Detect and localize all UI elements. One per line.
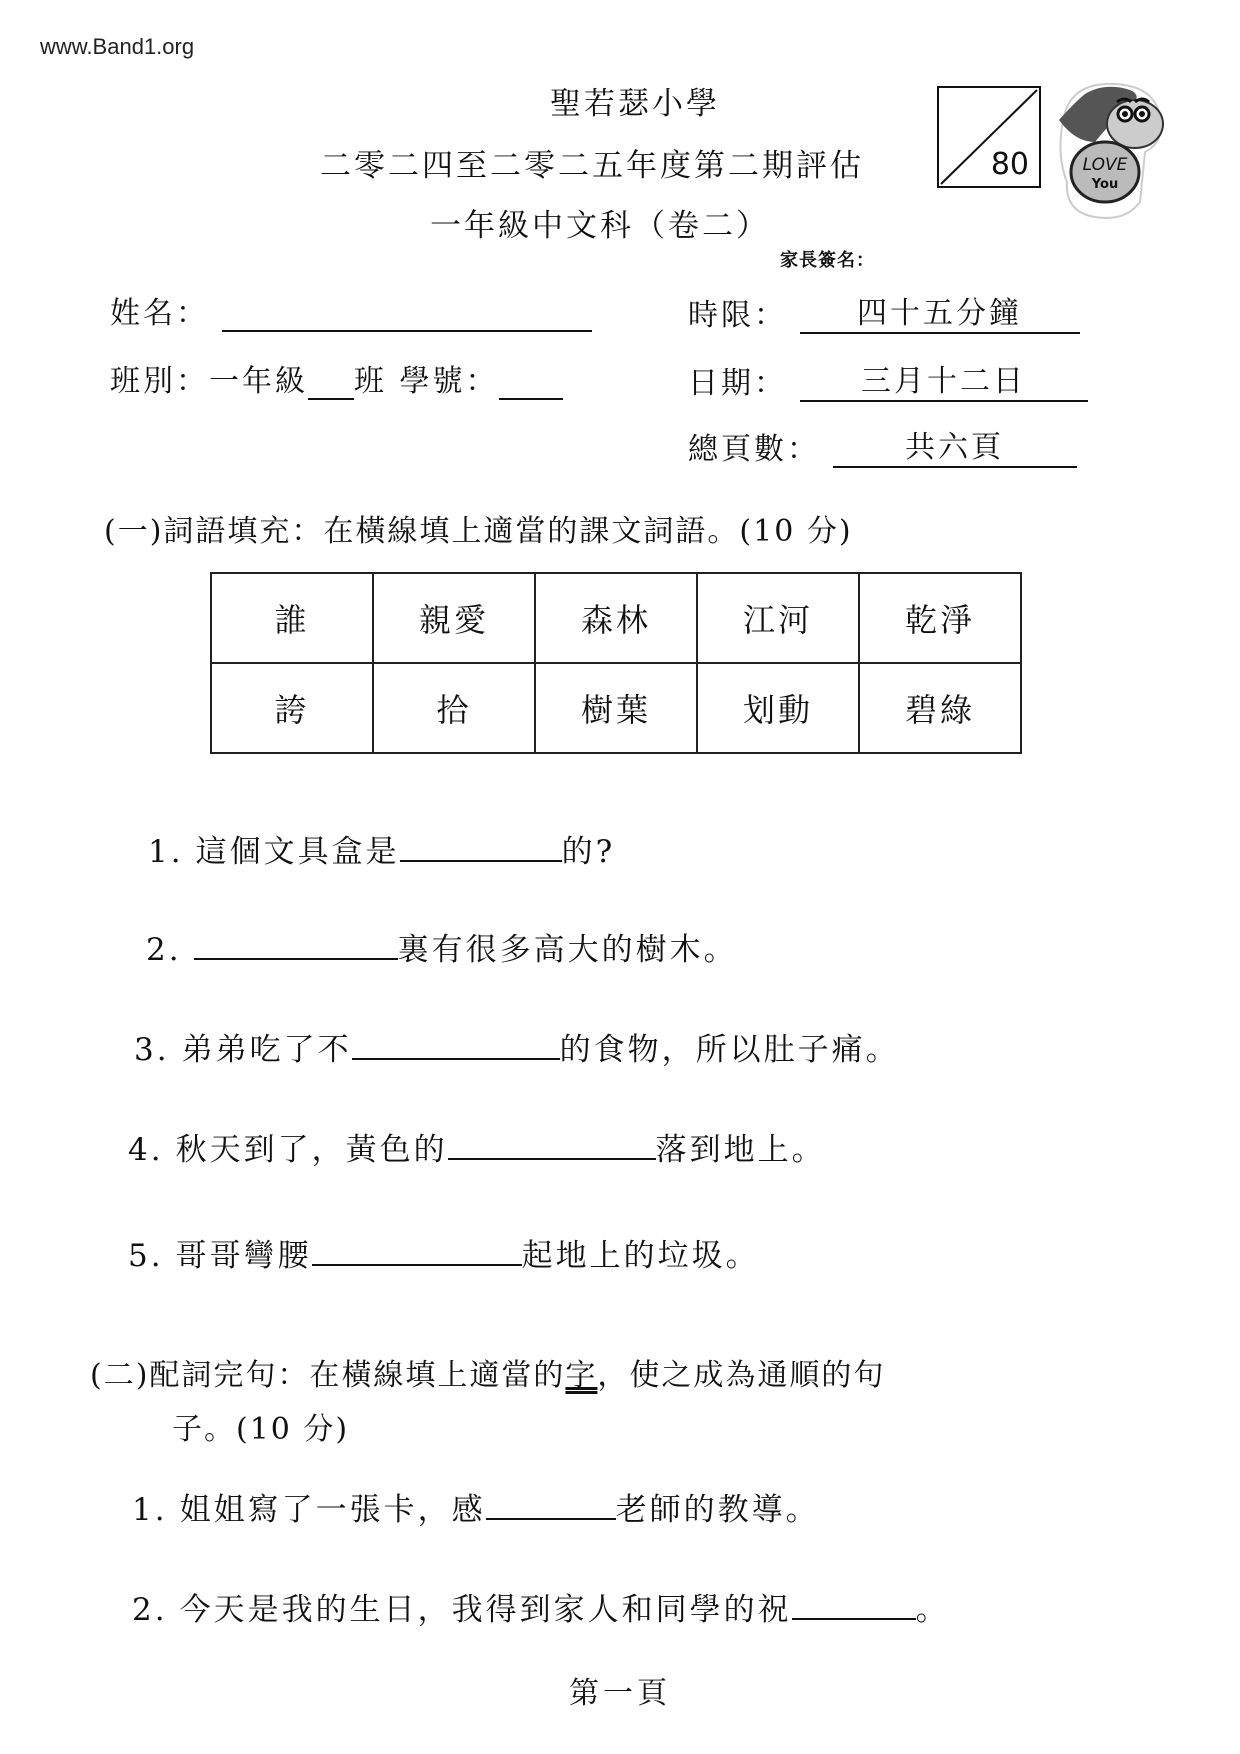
word-bank-row: 誰 親愛 森林 江河 乾淨	[211, 573, 1021, 663]
name-input[interactable]	[222, 294, 592, 332]
section2-heading-part2: ，使之成為通順的句	[597, 1358, 885, 1393]
answer-blank[interactable]	[448, 1128, 656, 1160]
question-1-5: 5.哥哥彎腰起地上的垃圾。	[128, 1230, 760, 1275]
total-pages-label: 總頁數：	[688, 432, 820, 467]
class-field: 班別：一年級班 學號：	[110, 356, 563, 400]
time-limit-label: 時限：	[688, 298, 787, 333]
word-bank-cell: 碧綠	[859, 663, 1021, 753]
class-label: 班別：一年級	[110, 364, 308, 399]
total-pages-field: 總頁數： 共六頁	[688, 422, 1077, 468]
answer-blank[interactable]	[400, 830, 562, 862]
question-text-before: 弟弟吃了不	[182, 1032, 352, 1068]
word-bank-cell: 誇	[211, 663, 373, 753]
class-input[interactable]	[308, 362, 354, 400]
section2-heading-emphasis: 字	[565, 1358, 597, 1393]
question-1-1: 1.這個文具盒是的?	[148, 826, 615, 871]
question-1-2: 2.裏有很多高大的樹木。	[146, 924, 738, 969]
word-bank-cell: 森林	[535, 573, 697, 663]
total-pages-value: 共六頁	[833, 422, 1077, 468]
cartoon-sticker-icon: LOVE You	[1045, 72, 1170, 222]
name-field: 姓名：	[110, 288, 592, 332]
paper-subject: 一年級中文科（卷二）	[430, 200, 830, 245]
question-text-before: 姐姐寫了一張卡，感	[180, 1492, 486, 1528]
question-2-2: 2.今天是我的生日，我得到家人和同學的祝。	[132, 1584, 950, 1629]
question-2-1: 1.姐姐寫了一張卡，感老師的教導。	[132, 1484, 820, 1529]
word-bank-cell: 划動	[697, 663, 859, 753]
question-1-4: 4.秋天到了，黃色的落到地上。	[128, 1124, 826, 1169]
question-text-before: 哥哥彎腰	[176, 1238, 312, 1274]
question-number: 5.	[128, 1238, 164, 1274]
question-text-before: 這個文具盒是	[196, 834, 400, 870]
answer-blank[interactable]	[792, 1588, 916, 1620]
question-text-after: 裏有很多高大的樹木。	[398, 932, 738, 968]
answer-blank[interactable]	[194, 928, 398, 960]
answer-blank[interactable]	[312, 1234, 522, 1266]
assessment-term: 二零二四至二零二五年度第二期評估	[320, 140, 920, 185]
section2-heading-line2: 子。(10 分)	[172, 1404, 349, 1448]
love-you-sticker: LOVE You	[1045, 72, 1170, 222]
parent-signature-label: 家長簽名：	[780, 246, 875, 272]
date-field: 日期： 三月十二日	[688, 356, 1088, 402]
word-bank-cell: 樹葉	[535, 663, 697, 753]
question-number: 2.	[146, 932, 182, 968]
word-bank-cell: 親愛	[373, 573, 535, 663]
question-number: 4.	[128, 1132, 164, 1168]
svg-text:You: You	[1091, 177, 1118, 192]
question-number: 2.	[132, 1592, 168, 1628]
score-value: 80	[991, 147, 1029, 182]
svg-text:LOVE: LOVE	[1083, 155, 1128, 175]
question-number: 1.	[148, 834, 184, 870]
student-number-label: 學號：	[400, 364, 499, 399]
question-text-after: 的?	[562, 834, 616, 870]
word-bank-cell: 誰	[211, 573, 373, 663]
name-label: 姓名：	[110, 296, 209, 331]
date-value: 三月十二日	[800, 356, 1088, 402]
question-text-before: 秋天到了，黃色的	[176, 1132, 448, 1168]
word-bank-cell: 拾	[373, 663, 535, 753]
word-bank-cell: 江河	[697, 573, 859, 663]
word-bank-table: 誰 親愛 森林 江河 乾淨 誇 拾 樹葉 划動 碧綠	[210, 572, 1022, 754]
answer-blank[interactable]	[486, 1488, 616, 1520]
score-box: 80	[937, 86, 1041, 188]
question-text-before: 今天是我的生日，我得到家人和同學的祝	[180, 1592, 792, 1628]
question-number: 1.	[132, 1492, 168, 1528]
section2-heading-part1: (二)配詞完句：在橫線填上適當的	[90, 1358, 565, 1393]
word-bank-cell: 乾淨	[859, 573, 1021, 663]
section2-heading: (二)配詞完句：在橫線填上適當的字，使之成為通順的句	[90, 1350, 885, 1394]
website-watermark: www.Band1.org	[40, 34, 194, 60]
time-limit-field: 時限： 四十五分鐘	[688, 288, 1080, 334]
question-text-after: 老師的教導。	[616, 1492, 820, 1528]
question-text-after: 起地上的垃圾。	[522, 1238, 760, 1274]
student-number-input[interactable]	[499, 362, 563, 400]
page-number: 第一頁	[0, 1668, 1240, 1712]
question-text-after: 落到地上。	[656, 1132, 826, 1168]
time-limit-value: 四十五分鐘	[800, 288, 1080, 334]
question-number: 3.	[134, 1032, 170, 1068]
date-label: 日期：	[688, 366, 787, 401]
question-text-after: 。	[916, 1592, 950, 1628]
question-text-after: 的食物，所以肚子痛。	[560, 1032, 900, 1068]
word-bank-row: 誇 拾 樹葉 划動 碧綠	[211, 663, 1021, 753]
section1-heading: (一)詞語填充：在橫線填上適當的課文詞語。(10 分)	[104, 506, 853, 550]
class-suffix: 班	[354, 364, 387, 399]
answer-blank[interactable]	[352, 1028, 560, 1060]
question-1-3: 3.弟弟吃了不的食物，所以肚子痛。	[134, 1024, 900, 1069]
